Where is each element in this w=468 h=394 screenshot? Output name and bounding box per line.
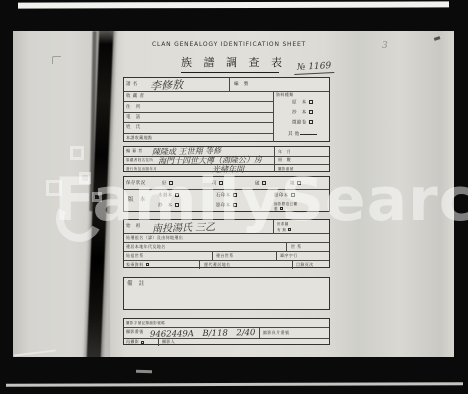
divider (124, 242, 329, 243)
migration-places-label: 歷代遷居地名 (204, 263, 230, 268)
generation-poem-label: 輩序字行 (280, 254, 298, 259)
film-edge-bottom-line (6, 382, 463, 386)
sheet-number: № 1169 (294, 61, 335, 75)
taiwan-lineage-label: 遷台世系 (216, 254, 234, 259)
migration-label: 始遷祖名（諱）及由何地遷出 (126, 236, 183, 241)
format-microfilm-option: 微縮卷 (292, 120, 313, 126)
format-other-option: 其 他 (288, 131, 317, 137)
checkbox-icon (309, 100, 313, 104)
family-records-label: 家乘資料 (126, 262, 144, 267)
format-original-label: 原 本 (292, 101, 307, 106)
chinese-title: 族 譜 調 查 表 (181, 54, 279, 73)
fill-in-line (300, 131, 317, 135)
film-edge-top (18, 1, 449, 8)
checkbox-icon (141, 341, 144, 344)
owner-label: 收 藏 者 (126, 94, 144, 99)
identity-table: 譜 名 李修敖 編 號 收 藏 者 住 所 電 話 姓 氏 本譜收藏地點 資料種… (123, 77, 330, 142)
refilm-option: 再攝影 (126, 340, 144, 345)
divider (273, 91, 274, 142)
format-other-label: 其 他 (288, 132, 300, 137)
format-copy-option: 抄 本 (292, 110, 313, 116)
founder-lineage-label: 始祖世系 (126, 254, 144, 259)
phone-label: 電 話 (126, 115, 141, 120)
familysearch-watermark-text: FamilySearch (54, 170, 468, 230)
checkbox-icon (309, 110, 313, 114)
divider (276, 251, 277, 260)
volumes-label: 冊 數 (278, 158, 291, 163)
format-panel-header: 資料種類 (276, 93, 294, 98)
checkbox-icon (309, 120, 313, 124)
photographer-label: 攝影人 (162, 340, 175, 345)
storage-place-label: 本譜收藏地點 (126, 136, 152, 141)
remarks-label: 備 註 (127, 281, 145, 288)
familysearch-logo-watermark-icon (70, 146, 84, 160)
stray-corner-mark (52, 56, 61, 64)
refilm-label: 再攝影 (126, 339, 139, 344)
format-microfilm-label: 微縮卷 (292, 121, 307, 126)
divider (199, 260, 200, 269)
negative-number-label: 縮影負片番號 (263, 331, 289, 336)
orig-owner-label: 原藏者姓名住所 (126, 158, 153, 162)
divider (259, 327, 260, 338)
settle-label: 遷居本地年代及地名 (126, 245, 166, 250)
divider (229, 78, 230, 91)
divider (124, 251, 329, 252)
divider (286, 242, 287, 251)
divider (292, 260, 293, 269)
format-copy-label: 抄 本 (292, 111, 307, 116)
title-label: 譜 名 (126, 82, 138, 87)
filming-table: 攝影字號記錄縮影號碼 攝影番號 9462449A B/118 2/40 縮影負片… (123, 318, 330, 345)
divider (158, 338, 159, 346)
surname-label: 姓 氏 (126, 125, 141, 130)
remarks-box: 備 註 (123, 277, 330, 310)
divider (124, 260, 329, 261)
film-number-label: 攝影番號 (126, 330, 144, 335)
divider (124, 112, 273, 113)
divider (124, 122, 273, 123)
number-label: 編 號 (234, 82, 249, 87)
divider (212, 251, 213, 260)
divider (124, 133, 273, 134)
microfilm-frame: 3 CLAN GENEALOGY IDENTIFICATION SHEET 族 … (0, 0, 468, 394)
filming-note-label: 攝影字號記錄縮影號碼 (126, 321, 165, 325)
lineage-label: 世 系 (291, 245, 301, 250)
stray-pencil-note: 3 (382, 41, 388, 51)
format-original-option: 原 本 (292, 100, 313, 106)
film-number-handwriting: 9462449A B/118 2/40 (150, 326, 256, 340)
family-records-option: 家乘資料 (126, 263, 149, 268)
index-page-label: 目錄頁次 (296, 263, 314, 268)
film-edge-dash (136, 370, 152, 373)
address-label: 住 所 (126, 105, 141, 110)
title-handwriting: 李修敖 (150, 76, 184, 93)
checkbox-icon (146, 263, 149, 266)
english-title: CLAN GENEALOGY IDENTIFICATION SHEET (129, 41, 329, 48)
year-label: 年 月 (278, 150, 291, 155)
compiler-label: 編 纂 者 (126, 149, 143, 154)
divider (124, 101, 273, 102)
